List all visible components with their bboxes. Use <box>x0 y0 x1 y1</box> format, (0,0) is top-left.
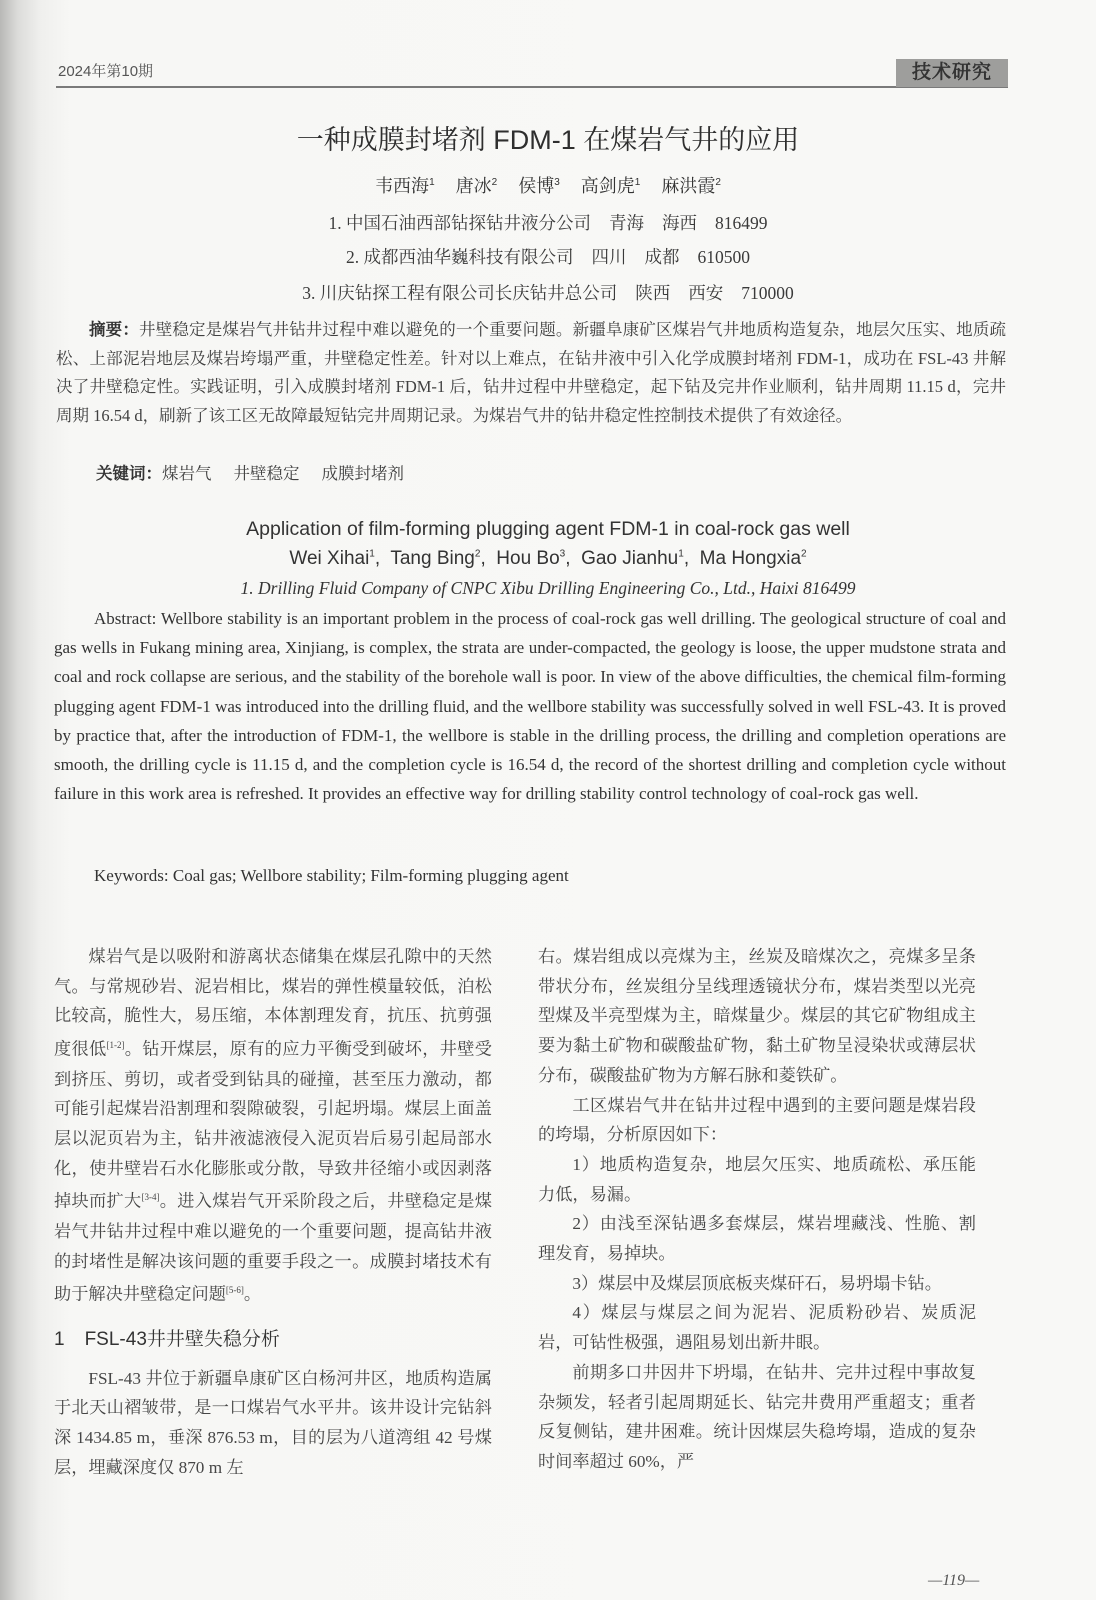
list-item: 1）地质构造复杂，地层欠压实、地质疏松、承压能力低，易漏。 <box>538 1150 976 1209</box>
citation: [5-6] <box>226 1285 244 1295</box>
author-list: 韦西海1 唐冰2 侯博3 高剑虎1 麻洪霞2 <box>0 172 1096 198</box>
keywords-english: Keywords: Coal gas; Wellbore stability; … <box>94 866 569 886</box>
english-author-list: Wei Xihai1, Tang Bing2, Hou Bo3, Gao Jia… <box>0 548 1096 570</box>
paragraph: 右。煤岩组成以亮煤为主，丝炭及暗煤次之，亮煤多呈条带状分布，丝炭组分呈线理透镜状… <box>538 942 976 1091</box>
keywords-label: 关键词： <box>96 465 162 483</box>
paragraph: 工区煤岩气井在钻井过程中遇到的主要问题是煤岩段的垮塌，分析原因如下： <box>538 1091 976 1150</box>
keyword: 煤岩气 <box>162 464 212 483</box>
paragraph: 煤岩气是以吸附和游离状态储集在煤层孔隙中的天然气。与常规砂岩、泥岩相比，煤岩的弹… <box>54 942 492 1310</box>
english-affiliation: 1. Drilling Fluid Company of CNPC Xibu D… <box>0 578 1096 599</box>
body-column-left: 煤岩气是以吸附和游离状态储集在煤层孔隙中的天然气。与常规砂岩、泥岩相比，煤岩的弹… <box>54 942 492 1482</box>
affiliation: 2. 成都西油华巍科技有限公司四川成都610500 <box>0 244 1096 269</box>
body-column-right: 右。煤岩组成以亮煤为主，丝炭及暗煤次之，亮煤多呈条带状分布，丝炭组分呈线理透镜状… <box>538 942 976 1477</box>
abstract-label: 摘要： <box>89 321 139 339</box>
page-number: —119— <box>928 1572 979 1590</box>
section-heading: 1FSL-43井井壁失稳分析 <box>54 1326 492 1354</box>
citation: [3-4] <box>142 1192 160 1202</box>
abstract-english: Abstract: Wellbore stability is an impor… <box>54 604 1006 808</box>
list-item: 4）煤层与煤层之间为泥岩、泥质粉砂岩、炭质泥岩，可钻性极强，遇阻易划出新井眼。 <box>538 1298 976 1357</box>
section-tag: 技术研究 <box>896 59 1008 87</box>
english-title: Application of film-forming plugging age… <box>0 518 1096 541</box>
paper-title: 一种成膜封堵剂 FDM-1 在煤岩气井的应用 <box>0 118 1096 157</box>
abstract-text: 井壁稳定是煤岩气井钻井过程中难以避免的一个重要问题。新疆阜康矿区煤岩气井地质构造… <box>56 320 1006 425</box>
affiliation: 3. 川庆钻探工程有限公司长庆钻井总公司陕西西安710000 <box>0 280 1096 305</box>
paragraph: FSL-43 井位于新疆阜康矿区白杨河井区，地质构造属于北天山褶皱带，是一口煤岩… <box>54 1364 492 1483</box>
author: 麻洪霞2 <box>661 176 721 196</box>
journal-page: 2024年第10期 技术研究 一种成膜封堵剂 FDM-1 在煤岩气井的应用 韦西… <box>0 0 1096 1600</box>
author: 高剑虎1 <box>581 176 641 196</box>
header-rule <box>56 86 1008 88</box>
author: 侯博3 <box>518 176 560 196</box>
abstract-chinese: 摘要：井壁稳定是煤岩气井钻井过程中难以避免的一个重要问题。新疆阜康矿区煤岩气井地… <box>56 316 1006 430</box>
keyword: 井壁稳定 <box>234 464 300 483</box>
keyword: 成膜封堵剂 <box>322 464 405 483</box>
keywords-text: Coal gas; Wellbore stability; Film-formi… <box>173 866 569 885</box>
affiliation: 1. 中国石油西部钻探钻井液分公司青海海西816499 <box>0 210 1096 235</box>
author: 唐冰2 <box>456 176 498 196</box>
keywords-label: Keywords: <box>94 866 169 885</box>
list-item: 3）煤层中及煤层顶底板夹煤矸石，易坍塌卡钻。 <box>538 1269 976 1299</box>
author: 韦西海1 <box>375 176 435 196</box>
list-item: 2）由浅至深钻遇多套煤层，煤岩埋藏浅、性脆、割理发育，易掉块。 <box>538 1209 976 1268</box>
citation: [1-2] <box>107 1040 125 1050</box>
keywords-chinese: 关键词：煤岩气井壁稳定成膜封堵剂 <box>96 460 426 484</box>
abstract-label: Abstract: <box>94 609 156 628</box>
paragraph: 前期多口井因井下坍塌，在钻井、完井过程中事故复杂频发，轻者引起周期延长、钻完井费… <box>538 1358 976 1477</box>
journal-issue: 2024年第10期 <box>58 60 153 81</box>
abstract-text: Wellbore stability is an important probl… <box>54 609 1006 803</box>
